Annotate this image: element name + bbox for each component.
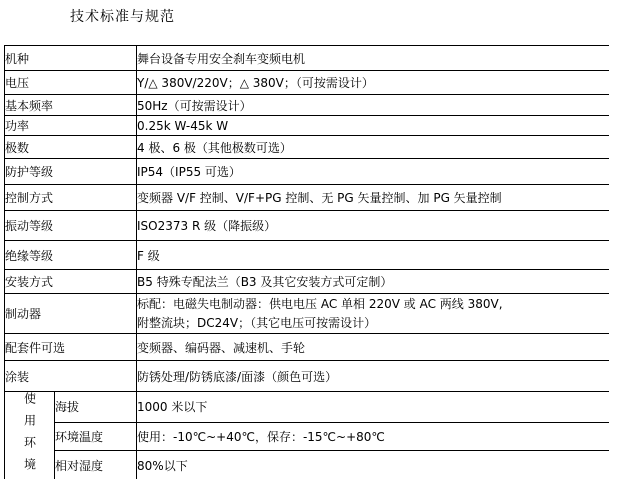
- table-row-mounting: 安装方式 B5 特殊专配法兰（B3 及其它安装方式可定制）: [5, 270, 609, 294]
- row-value: 防锈处理/防锈底漆/面漆（颜色可选）: [137, 361, 609, 392]
- row-label: 制动器: [5, 294, 137, 334]
- row-sublabel: 海拔: [55, 392, 137, 423]
- row-value: 50Hz（可按需设计）: [137, 95, 609, 116]
- table-row-coating: 涂装 防锈处理/防锈底漆/面漆（颜色可选）: [5, 361, 609, 392]
- row-label: 电压: [5, 71, 137, 95]
- row-value: F 级: [137, 241, 609, 270]
- table-row-vibration-grade: 振动等级 ISO2373 R 级（降振级）: [5, 211, 609, 241]
- row-value: 变频器 V/F 控制、V/F+PG 控制、无 PG 矢量控制、加 PG 矢量控制: [137, 185, 609, 211]
- table-row-power: 功率 0.25k W-45k W: [5, 116, 609, 136]
- environment-group-label: 使用环境: [5, 392, 55, 479]
- row-label: 控制方式: [5, 185, 137, 211]
- table-row-relative-humidity: 相对湿度 80%以下: [5, 451, 609, 479]
- table-row-ambient-temperature: 环境温度 使用：-10℃~+40℃，保存：-15℃~+80℃: [5, 422, 609, 451]
- row-value: IP54（IP55 可选）: [137, 159, 609, 185]
- row-label: 振动等级: [5, 211, 137, 241]
- page: 技术标准与规范 机种 舞台设备专用安全刹车变频电机 电压 Y/△ 380V/22…: [0, 0, 631, 479]
- row-label: 绝缘等级: [5, 241, 137, 270]
- row-value: 4 极、6 极（其他极数可选）: [137, 136, 609, 159]
- row-label: 基本频率: [5, 95, 137, 116]
- brake-value-line-1: 标配：电磁失电制动器：供电电压 AC 单相 220V 或 AC 两线 380V,: [137, 295, 609, 314]
- table-row-voltage: 电压 Y/△ 380V/220V；△ 380V；（可按需设计）: [5, 71, 609, 95]
- row-value: ISO2373 R 级（降振级）: [137, 211, 609, 241]
- row-label: 安装方式: [5, 270, 137, 294]
- row-label: 机种: [5, 46, 137, 71]
- row-value: 舞台设备专用安全刹车变频电机: [137, 46, 609, 71]
- row-value: 使用：-10℃~+40℃，保存：-15℃~+80℃: [137, 422, 609, 451]
- row-value: 标配：电磁失电制动器：供电电压 AC 单相 220V 或 AC 两线 380V,…: [137, 294, 609, 334]
- table-row-protection-grade: 防护等级 IP54（IP55 可选）: [5, 159, 609, 185]
- table-row-brake: 制动器 标配：电磁失电制动器：供电电压 AC 单相 220V 或 AC 两线 3…: [5, 294, 609, 334]
- row-label: 防护等级: [5, 159, 137, 185]
- spec-table: 机种 舞台设备专用安全刹车变频电机 电压 Y/△ 380V/220V；△ 380…: [4, 45, 609, 479]
- table-row-poles: 极数 4 极、6 极（其他极数可选）: [5, 136, 609, 159]
- row-sublabel: 环境温度: [55, 422, 137, 451]
- row-sublabel: 相对湿度: [55, 451, 137, 479]
- row-label: 涂装: [5, 361, 137, 392]
- row-value: Y/△ 380V/220V；△ 380V；（可按需设计）: [137, 71, 609, 95]
- table-row-accessories: 配套件可选 变频器、编码器、减速机、手轮: [5, 334, 609, 361]
- row-value: 80%以下: [137, 451, 609, 479]
- row-label: 极数: [5, 136, 137, 159]
- row-value: 1000 米以下: [137, 392, 609, 423]
- table-row-altitude: 使用环境 海拔 1000 米以下: [5, 392, 609, 423]
- page-title: 技术标准与规范: [70, 6, 175, 26]
- table-row-machine-type: 机种 舞台设备专用安全刹车变频电机: [5, 46, 609, 71]
- table-row-insulation-grade: 绝缘等级 F 级: [5, 241, 609, 270]
- brake-value-line-2: 附整流块；DC24V；（其它电压可按需设计）: [137, 314, 609, 333]
- row-value: B5 特殊专配法兰（B3 及其它安装方式可定制）: [137, 270, 609, 294]
- row-value: 0.25k W-45k W: [137, 116, 609, 136]
- table-row-control-mode: 控制方式 变频器 V/F 控制、V/F+PG 控制、无 PG 矢量控制、加 PG…: [5, 185, 609, 211]
- table-row-base-frequency: 基本频率 50Hz（可按需设计）: [5, 95, 609, 116]
- environment-vertical-label: 使用环境: [24, 392, 36, 479]
- row-value: 变频器、编码器、减速机、手轮: [137, 334, 609, 361]
- row-label: 功率: [5, 116, 137, 136]
- row-label: 配套件可选: [5, 334, 137, 361]
